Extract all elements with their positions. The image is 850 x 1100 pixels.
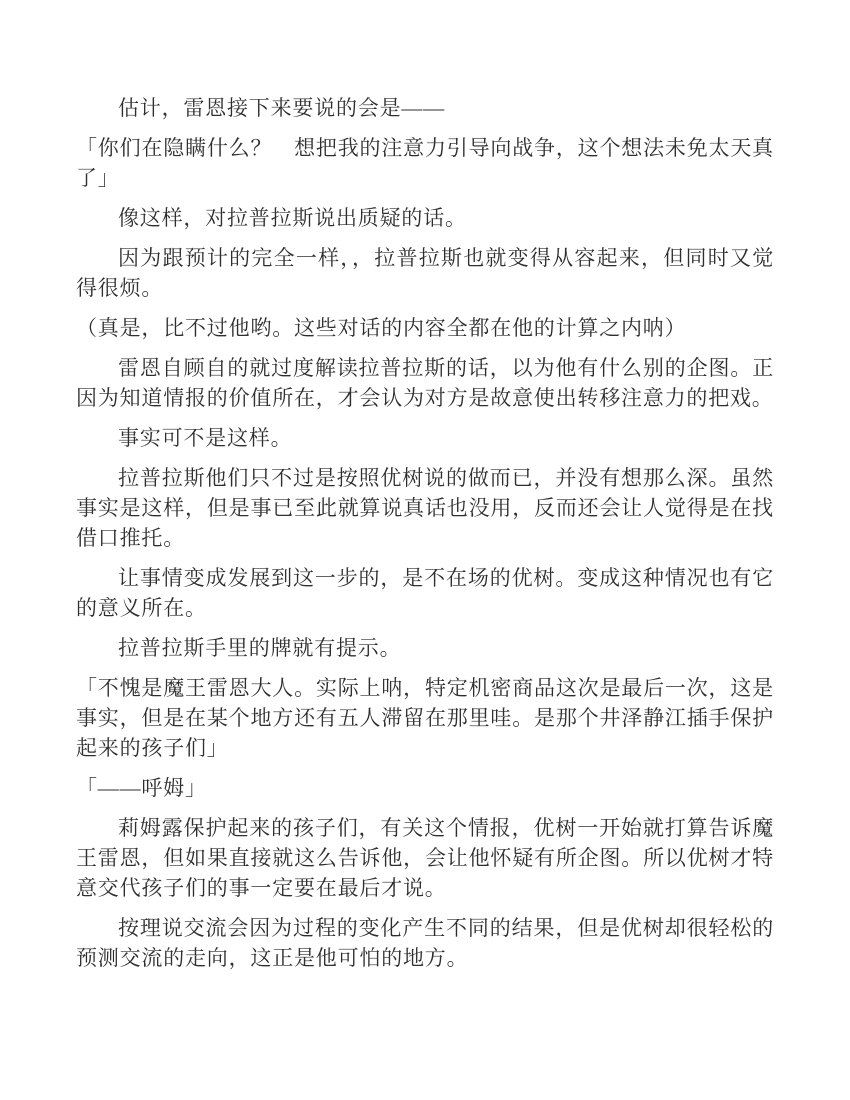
paragraph: 估计，雷恩接下来要说的会是—— (76, 93, 774, 123)
paragraph-dialogue: 「不愧是魔王雷恩大人。实际上呐，特定机密商品这次是最后一次，这是事实，但是在某个… (76, 673, 774, 763)
paragraph: 因为跟预计的完全一样，，拉普拉斯也就变得从容起来，但同时又觉得很烦。 (76, 243, 774, 303)
paragraph: 事实可不是这样。 (76, 423, 774, 453)
paragraph: 莉姆露保护起来的孩子们，有关这个情报，优树一开始就打算告诉魔王雷恩，但如果直接就… (76, 813, 774, 903)
paragraph-thought: （真是，比不过他哟。这些对话的内容全都在他的计算之内呐） (76, 313, 774, 343)
paragraph: 让事情变成发展到这一步的，是不在场的优树。变成这种情况也有它的意义所在。 (76, 563, 774, 623)
paragraph: 拉普拉斯手里的牌就有提示。 (76, 633, 774, 663)
text-content: 估计，雷恩接下来要说的会是—— 「你们在隐瞒什么？ 想把我的注意力引导向战争，这… (76, 93, 774, 983)
paragraph-dialogue: 「——呼姆」 (76, 773, 774, 803)
paragraph-dialogue: 「你们在隐瞒什么？ 想把我的注意力引导向战争，这个想法未免太天真了」 (76, 133, 774, 193)
paragraph: 雷恩自顾自的就过度解读拉普拉斯的话，以为他有什么别的企图。正因为知道情报的价值所… (76, 353, 774, 413)
paragraph: 拉普拉斯他们只不过是按照优树说的做而已，并没有想那么深。虽然事实是这样，但是事已… (76, 463, 774, 553)
paragraph: 按理说交流会因为过程的变化产生不同的结果，但是优树却很轻松的预测交流的走向，这正… (76, 913, 774, 973)
novel-page: 估计，雷恩接下来要说的会是—— 「你们在隐瞒什么？ 想把我的注意力引导向战争，这… (0, 0, 850, 1100)
paragraph: 像这样，对拉普拉斯说出质疑的话。 (76, 203, 774, 233)
